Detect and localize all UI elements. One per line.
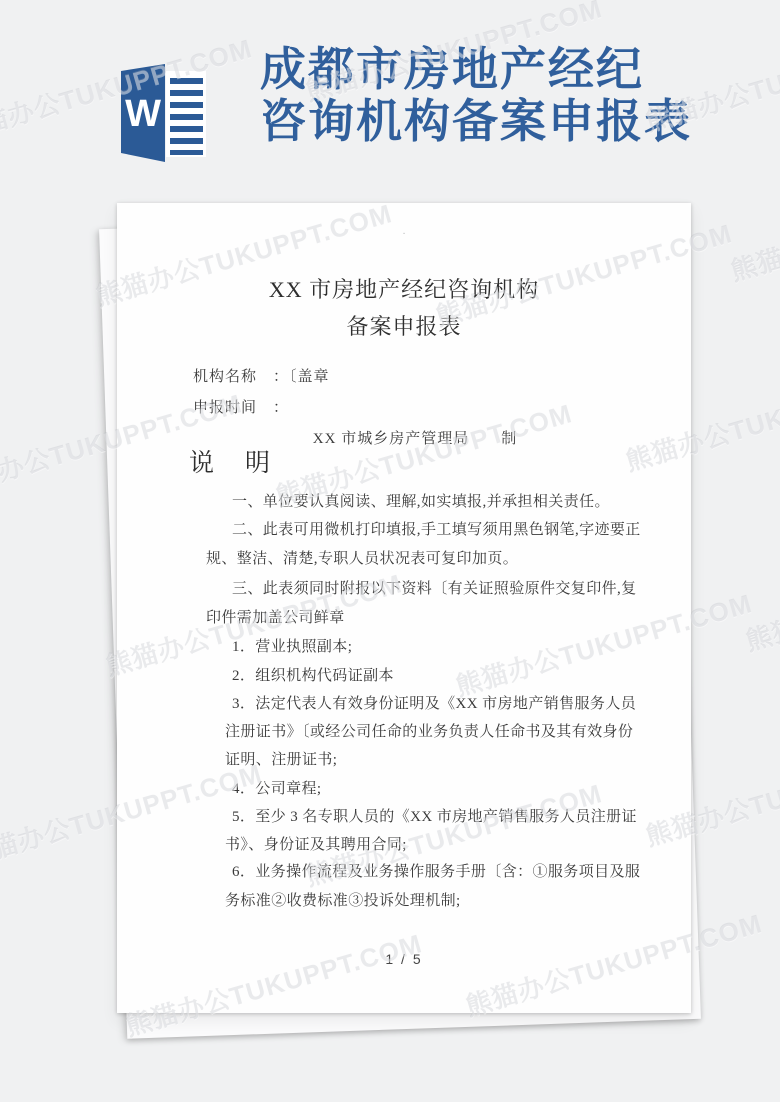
doc-line: 5．至少 3 名专职人员的《XX 市房地产销售服务人员注册证 (232, 805, 637, 826)
document-page-preview: · XX 市房地产经纪咨询机构 备案申报表 机构名称 ：〔盖章 申报时间 ： X… (117, 203, 691, 1013)
doc-line: 4．公司章程; (232, 777, 321, 798)
doc-line: 6．业务操作流程及业务操作服务手册〔含：①服务项目及服 (232, 860, 640, 881)
doc-line: 规、整洁、清楚,专职人员状况表可复印加页。 (206, 547, 518, 568)
doc-line: 三、此表须同时附报以下资料〔有关证照验原件交复印件,复 (232, 577, 637, 598)
doc-line: 注册证书》〔或经公司任命的业务负责人任命书及其有效身份 (225, 720, 633, 741)
apply-time-field: 申报时间 ： (193, 396, 289, 417)
doc-line: 2．组织机构代码证副本 (232, 664, 394, 685)
doc-line: 3．法定代表人有效身份证明及《XX 市房地产销售服务人员 (232, 692, 636, 713)
banner-title-line1: 成都市房地产经纪 (260, 44, 760, 96)
doc-line: 印件需加盖公司鲜章 (206, 606, 345, 627)
banner-title: 成都市房地产经纪 咨询机构备案申报表 (260, 44, 760, 148)
doc-line: 二、此表可用微机打印填报,手工填写须用黑色钢笔,字迹要正 (232, 518, 641, 539)
template-preview-screen: { "colors": { "accent_blue": "#305f9c", … (0, 0, 780, 1102)
org-name-field: 机构名称 ：〔盖章 (193, 365, 330, 386)
page-top-mark: · (117, 229, 691, 240)
word-file-icon: W (112, 58, 208, 164)
word-icon-letter: W (125, 93, 161, 135)
doc-line: 务标准②收费标准③投诉处理机制; (225, 889, 461, 910)
watermark-text: 熊猫办公TUKUPPT.COM (726, 168, 780, 288)
watermark-text: 熊猫办公TUKUPPT.COM (741, 538, 780, 658)
document-title-line2: 备案申报表 (117, 310, 691, 341)
doc-line: 1．营业执照副本; (232, 635, 352, 656)
doc-line: 证明、注册证书; (225, 748, 337, 769)
doc-line: 一、单位要认真阅读、理解,如实填报,并承担相关责任。 (232, 490, 610, 511)
notes-heading: 说 明 (189, 443, 273, 479)
page-number: 1 / 5 (117, 951, 691, 967)
header-banner: W 成都市房地产经纪 咨询机构备案申报表 (0, 0, 780, 180)
document-title-line1: XX 市房地产经纪咨询机构 (117, 273, 691, 304)
doc-line: 书》、身份证及其聘用合同; (225, 833, 407, 854)
banner-title-line2: 咨询机构备案申报表 (260, 96, 760, 148)
